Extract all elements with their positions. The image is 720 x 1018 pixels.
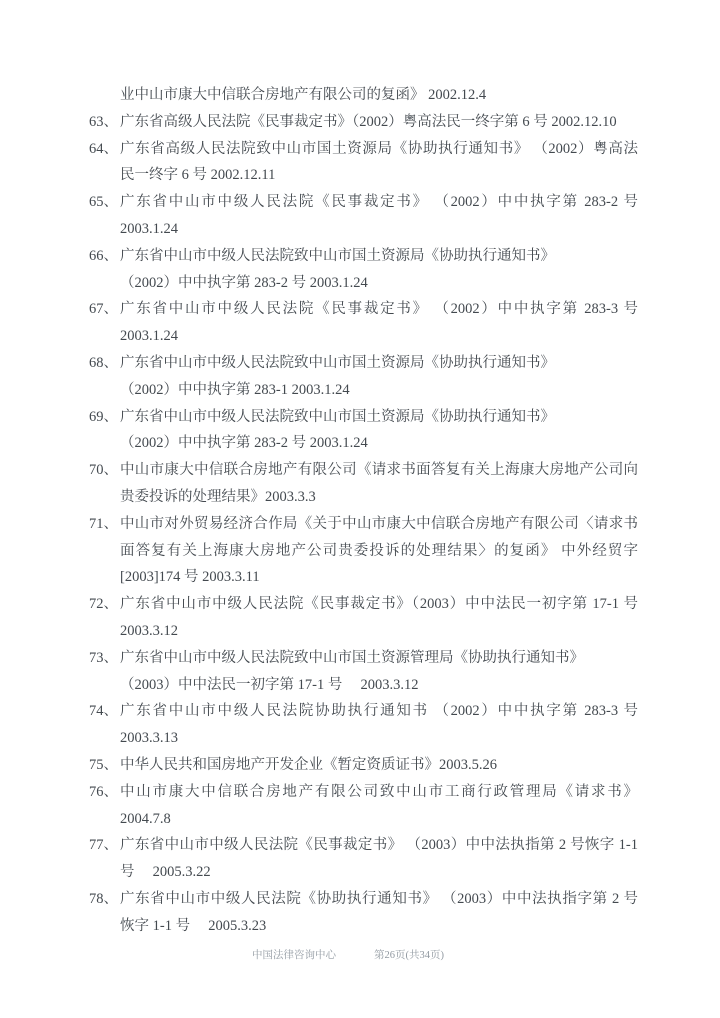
item-text: 民一终字 6 号 2002.12.11 — [120, 167, 275, 183]
item-text: 广东省高级人民法院《民事裁定书》（2002）粤高法民一终字第 6 号 2002.… — [120, 114, 617, 130]
item-number: 77、 — [89, 832, 118, 859]
item-number: 78、 — [89, 886, 118, 913]
item-text: 广东省中山市中级人民法院《协助执行通知书》 （2003）中中法执指字第 2 号 — [120, 891, 638, 907]
item-number: 67、 — [89, 296, 118, 323]
item-number: 68、 — [89, 350, 118, 377]
footer-page-number: 第26页(共34页) — [374, 949, 444, 963]
item-text: 2003.3.13 — [120, 730, 178, 746]
item-text: 广东省中山市中级人民法院《民事裁定书》（2003）中中法民一初字第 17-1 号 — [120, 596, 638, 612]
list-item-line: 65、广东省中山市中级人民法院《民事裁定书》 （2002）中中执字第 283-2… — [0, 189, 638, 216]
list-item-line: 业中山市康大中信联合房地产有限公司的复函》 2002.12.4 — [0, 82, 638, 109]
list-item-line: 77、广东省中山市中级人民法院《民事裁定书》 （2003）中中法执指第 2 号恢… — [0, 832, 638, 859]
item-text: 广东省中山市中级人民法院《民事裁定书》 （2003）中中法执指第 2 号恢字 1… — [120, 837, 638, 853]
item-text: 2004.7.8 — [120, 811, 171, 827]
list-item-line: 66、广东省中山市中级人民法院致中山市国土资源局《协助执行通知书》 — [0, 243, 638, 270]
item-text: 广东省高级人民法院致中山市国土资源局《协助执行通知书》 （2002）粤高法 — [120, 141, 638, 157]
document-page: 业中山市康大中信联合房地产有限公司的复函》 2002.12.463、广东省高级人… — [0, 0, 720, 1018]
item-number: 66、 — [89, 243, 118, 270]
list-item-line: 恢字 1-1 号 2005.3.23 — [0, 913, 638, 940]
item-number: 75、 — [89, 752, 118, 779]
item-text: （2002）中中执字第 283-2 号 2003.1.24 — [120, 435, 368, 451]
item-text: （2002）中中执字第 283-2 号 2003.1.24 — [120, 275, 368, 291]
list-item-line: [2003]174 号 2003.3.11 — [0, 564, 638, 591]
list-item-line: 2003.3.13 — [0, 725, 638, 752]
item-text: 广东省中山市中级人民法院《民事裁定书》 （2002）中中执字第 283-2 号 — [120, 194, 638, 210]
item-text: 中山市康大中信联合房地产有限公司致中山市工商行政管理局《请求书》 — [120, 784, 638, 800]
document-list: 业中山市康大中信联合房地产有限公司的复函》 2002.12.463、广东省高级人… — [0, 0, 720, 940]
item-text: 贵委投诉的处理结果》2003.3.3 — [120, 489, 316, 505]
item-number: 76、 — [89, 779, 118, 806]
list-item-line: （2002）中中执字第 283-1 2003.1.24 — [0, 377, 638, 404]
list-item-line: 71、中山市对外贸易经济合作局《关于中山市康大中信联合房地产有限公司〈请求书 — [0, 511, 638, 538]
list-item-line: （2003）中中法民一初字第 17-1 号 2003.3.12 — [0, 672, 638, 699]
list-item-line: 78、广东省中山市中级人民法院《协助执行通知书》 （2003）中中法执指字第 2… — [0, 886, 638, 913]
item-number: 74、 — [89, 698, 118, 725]
item-number: 69、 — [89, 404, 118, 431]
list-item-line: 72、广东省中山市中级人民法院《民事裁定书》（2003）中中法民一初字第 17-… — [0, 591, 638, 618]
list-item-line: 64、广东省高级人民法院致中山市国土资源局《协助执行通知书》 （2002）粤高法 — [0, 136, 638, 163]
item-number: 65、 — [89, 189, 118, 216]
item-text: 恢字 1-1 号 2005.3.23 — [120, 918, 266, 934]
list-item-line: 69、广东省中山市中级人民法院致中山市国土资源局《协助执行通知书》 — [0, 404, 638, 431]
item-text: [2003]174 号 2003.3.11 — [120, 569, 260, 585]
list-item-line: （2002）中中执字第 283-2 号 2003.1.24 — [0, 270, 638, 297]
list-item-line: 73、广东省中山市中级人民法院致中山市国土资源管理局《协助执行通知书》 — [0, 645, 638, 672]
item-number: 71、 — [89, 511, 118, 538]
item-text: 广东省中山市中级人民法院致中山市国土资源局《协助执行通知书》 — [120, 355, 555, 371]
list-item-line: 2003.3.12 — [0, 618, 638, 645]
list-item-line: 2003.1.24 — [0, 323, 638, 350]
item-text: （2003）中中法民一初字第 17-1 号 2003.3.12 — [120, 677, 418, 693]
list-item-line: 63、广东省高级人民法院《民事裁定书》（2002）粤高法民一终字第 6 号 20… — [0, 109, 638, 136]
page-footer: 中国法律咨询中心 第26页(共34页) — [0, 949, 708, 963]
item-text: 2003.1.24 — [120, 221, 178, 237]
item-text: 广东省中山市中级人民法院协助执行通知书 （2002）中中执字第 283-3 号 — [120, 703, 638, 719]
item-number: 70、 — [89, 457, 118, 484]
list-item-line: 民一终字 6 号 2002.12.11 — [0, 162, 638, 189]
list-item-line: 号 2005.3.22 — [0, 859, 638, 886]
list-item-line: 76、中山市康大中信联合房地产有限公司致中山市工商行政管理局《请求书》 — [0, 779, 638, 806]
list-item-line: 67、广东省中山市中级人民法院《民事裁定书》 （2002）中中执字第 283-3… — [0, 296, 638, 323]
list-item-line: 68、广东省中山市中级人民法院致中山市国土资源局《协助执行通知书》 — [0, 350, 638, 377]
item-number: 72、 — [89, 591, 118, 618]
footer-org-label: 中国法律咨询中心 — [252, 949, 336, 963]
item-text: 广东省中山市中级人民法院致中山市国土资源局《协助执行通知书》 — [120, 248, 555, 264]
item-number: 63、 — [89, 109, 118, 136]
list-item-line: 2004.7.8 — [0, 806, 638, 833]
list-item-line: 75、中华人民共和国房地产开发企业《暂定资质证书》2003.5.26 — [0, 752, 638, 779]
item-text: 业中山市康大中信联合房地产有限公司的复函》 2002.12.4 — [120, 87, 486, 103]
item-text: 中山市康大中信联合房地产有限公司《请求书面答复有关上海康大房地产公司向 — [120, 462, 638, 478]
item-text: 中山市对外贸易经济合作局《关于中山市康大中信联合房地产有限公司〈请求书 — [120, 516, 638, 532]
list-item-line: （2002）中中执字第 283-2 号 2003.1.24 — [0, 430, 638, 457]
item-text: 广东省中山市中级人民法院致中山市国土资源管理局《协助执行通知书》 — [120, 650, 584, 666]
list-item-line: 面答复有关上海康大房地产公司贵委投诉的处理结果〉的复函》 中外经贸字 — [0, 538, 638, 565]
list-item-line: 74、广东省中山市中级人民法院协助执行通知书 （2002）中中执字第 283-3… — [0, 698, 638, 725]
item-text: 2003.3.12 — [120, 623, 178, 639]
item-text: 2003.1.24 — [120, 328, 178, 344]
item-number: 64、 — [89, 136, 118, 163]
item-text: 广东省中山市中级人民法院致中山市国土资源局《协助执行通知书》 — [120, 409, 555, 425]
item-text: 中华人民共和国房地产开发企业《暂定资质证书》2003.5.26 — [120, 757, 497, 773]
list-item-line: 2003.1.24 — [0, 216, 638, 243]
item-number: 73、 — [89, 645, 118, 672]
item-text: 面答复有关上海康大房地产公司贵委投诉的处理结果〉的复函》 中外经贸字 — [120, 543, 638, 559]
item-text: 号 2005.3.22 — [120, 864, 211, 880]
item-text: （2002）中中执字第 283-1 2003.1.24 — [120, 382, 350, 398]
list-item-line: 70、中山市康大中信联合房地产有限公司《请求书面答复有关上海康大房地产公司向 — [0, 457, 638, 484]
list-item-line: 贵委投诉的处理结果》2003.3.3 — [0, 484, 638, 511]
item-text: 广东省中山市中级人民法院《民事裁定书》 （2002）中中执字第 283-3 号 — [120, 301, 638, 317]
